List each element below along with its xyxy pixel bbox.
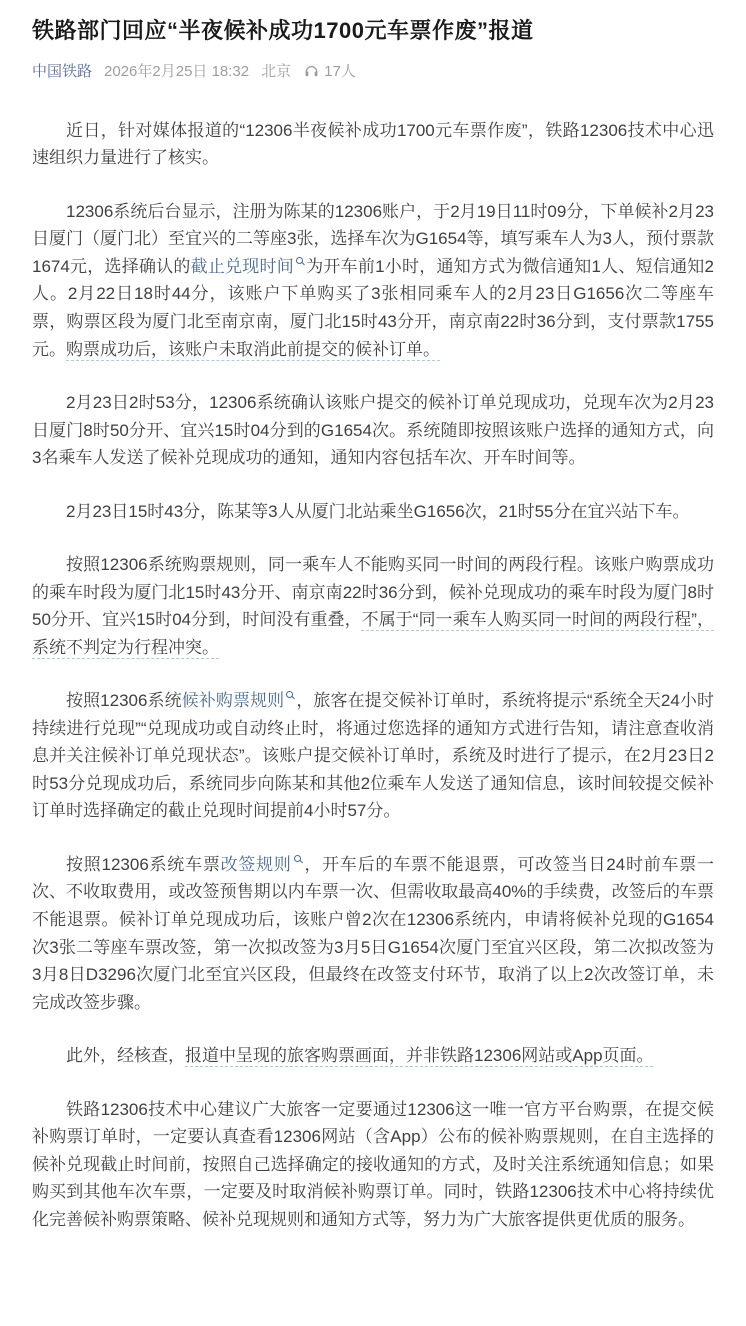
- text-segment: 2月23日2时53分，12306系统确认该账户提交的候补订单兑现成功，兑现车次为…: [32, 393, 714, 467]
- publish-date: 2026年2月25日 18:32: [104, 60, 249, 81]
- text-segment: 按照12306系统: [66, 691, 182, 710]
- text-segment: 2月23日15时43分，陈某等3人从厦门北站乘坐G1656次，21时55分在宜兴…: [66, 502, 690, 521]
- text-segment: ，旅客在提交候补订单时，系统将提示“系统全天24小时持续进行兑现”“兑现成功或自…: [32, 691, 714, 820]
- article-meta: 中国铁路 2026年2月25日 18:32 北京 17人: [32, 60, 714, 81]
- headphones-icon: [303, 62, 320, 79]
- listen-count-group[interactable]: 17人: [303, 60, 356, 81]
- paragraph: 按照12306系统候补购票规则，旅客在提交候补订单时，系统将提示“系统全天24小…: [32, 687, 714, 825]
- reader-highlight: 购票成功后，该账户未取消此前提交的候补订单。: [66, 340, 440, 359]
- text-segment: 此外，经核查，: [66, 1046, 185, 1065]
- article-page: 铁路部门回应“半夜候补成功1700元车票作废”报道 中国铁路 2026年2月25…: [0, 0, 746, 1273]
- search-icon: [294, 855, 301, 862]
- paragraph: 近日，针对媒体报道的“12306半夜候补成功1700元车票作废”，铁路12306…: [32, 117, 714, 172]
- account-name-link[interactable]: 中国铁路: [32, 60, 92, 81]
- listen-count: 17人: [324, 60, 356, 81]
- text-segment: 按照12306系统车票: [66, 855, 221, 874]
- article-title: 铁路部门回应“半夜候补成功1700元车票作废”报道: [32, 16, 714, 47]
- paragraph: 2月23日2时53分，12306系统确认该账户提交的候补订单兑现成功，兑现车次为…: [32, 389, 714, 472]
- text-segment: 近日，针对媒体报道的“12306半夜候补成功1700元车票作废”，铁路12306…: [32, 121, 714, 168]
- search-icon: [296, 257, 303, 264]
- publish-location: 北京: [261, 60, 291, 81]
- paragraph: 2月23日15时43分，陈某等3人从厦门北站乘坐G1656次，21时55分在宜兴…: [32, 498, 714, 526]
- reference-link[interactable]: 截止兑现时间: [191, 257, 306, 276]
- paragraph: 12306系统后台显示，注册为陈某的12306账户，于2月19日11时09分，下…: [32, 198, 714, 363]
- paragraph: 按照12306系统购票规则，同一乘车人不能购买同一时间的两段行程。该账户购票成功…: [32, 551, 714, 661]
- paragraph: 铁路12306技术中心建议广大旅客一定要通过12306这一唯一官方平台购票，在提…: [32, 1096, 714, 1234]
- text-segment: 铁路12306技术中心建议广大旅客一定要通过12306这一唯一官方平台购票，在提…: [32, 1100, 714, 1229]
- reference-link[interactable]: 候补购票规则: [182, 691, 297, 710]
- text-segment: ，开车后的车票不能退票，可改签当日24时前车票一次、不收取费用，或改签预售期以内…: [32, 855, 714, 1012]
- article-body: 近日，针对媒体报道的“12306半夜候补成功1700元车票作废”，铁路12306…: [32, 117, 714, 1234]
- search-icon: [286, 691, 293, 698]
- paragraph: 按照12306系统车票改签规则，开车后的车票不能退票，可改签当日24时前车票一次…: [32, 851, 714, 1016]
- reference-link[interactable]: 改签规则: [221, 855, 304, 874]
- reader-highlight: 报道中呈现的旅客购票画面，并非铁路12306网站或App页面。: [185, 1046, 654, 1065]
- paragraph: 此外，经核查，报道中呈现的旅客购票画面，并非铁路12306网站或App页面。: [32, 1042, 714, 1070]
